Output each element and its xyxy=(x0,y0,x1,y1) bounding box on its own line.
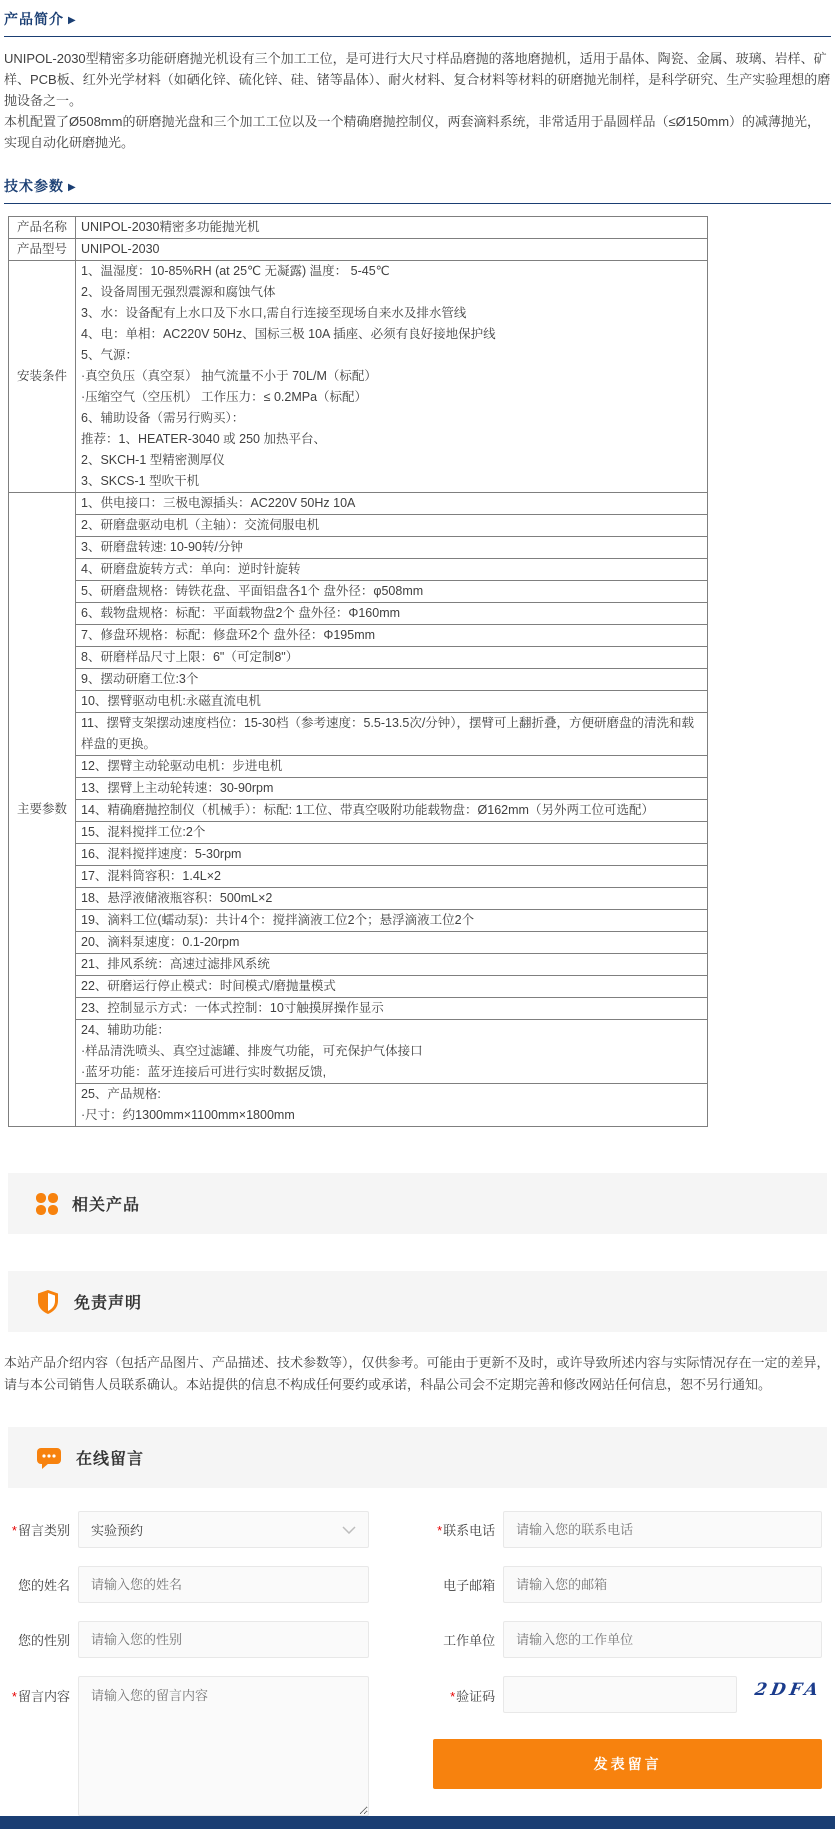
spec-line: 23、控制显示方式：一体式控制：10寸触摸屏操作显示 xyxy=(81,998,702,1019)
table-row: 10、摆臂驱动电机:永磁直流电机 xyxy=(9,691,708,713)
message-type-value: 实验预约 xyxy=(91,1520,143,1539)
spec-line: 13、摆臂上主动轮转速：30-90rpm xyxy=(81,778,702,799)
spec-line: 2、研磨盘驱动电机（主轴）：交流伺服电机 xyxy=(81,515,702,536)
disclaimer-section: 免责声明 xyxy=(8,1271,827,1332)
spec-value-cell: 20、滴料泵速度：0.1-20rpm xyxy=(76,932,708,954)
required-mark: * xyxy=(450,1689,455,1704)
spec-label-cell: 产品型号 xyxy=(9,239,76,261)
spec-line: 1、温湿度：10-85%RH (at 25℃ 无凝露) 温度： 5-45℃ xyxy=(81,261,702,282)
gender-input[interactable] xyxy=(78,1621,369,1658)
table-row: 25、产品规格:·尺寸：约1300mm×1100mm×1800mm xyxy=(9,1084,708,1127)
table-row: 产品型号UNIPOL-2030 xyxy=(9,239,708,261)
table-row: 11、摆臂支架摆动速度档位：15-30档（参考速度：5.5-13.5次/分钟），… xyxy=(9,713,708,756)
spec-value-cell: 14、精确磨抛控制仪（机械手）：标配: 1工位、带真空吸附功能载物盘：Ø162m… xyxy=(76,800,708,822)
spec-value-cell: UNIPOL-2030精密多功能抛光机 xyxy=(76,217,708,239)
spec-line: ·蓝牙功能：蓝牙连接后可进行实时数据反馈, xyxy=(81,1062,702,1083)
specs-table-body: 产品名称UNIPOL-2030精密多功能抛光机产品型号UNIPOL-2030安装… xyxy=(9,217,708,1127)
table-row: 17、混料筒容积：1.4L×2 xyxy=(9,866,708,888)
spec-value-cell: 18、悬浮液储液瓶容积：500mL×2 xyxy=(76,888,708,910)
disclaimer-text: 本站产品介绍内容（包括产品图片、产品描述、技术参数等），仅供参考。可能由于更新不… xyxy=(4,1352,831,1396)
spec-line: 25、产品规格: xyxy=(81,1084,702,1105)
play-arrow-icon: ▶ xyxy=(68,15,77,26)
spec-value-cell: 16、混料搅拌速度：5-30rpm xyxy=(76,844,708,866)
spec-line: 15、混料搅拌工位:2个 xyxy=(81,822,702,843)
table-row: 19、滴料工位(蠕动泵)：共计4个：搅拌滴液工位2个；悬浮滴液工位2个 xyxy=(9,910,708,932)
spec-line: 5、气源： xyxy=(81,345,702,366)
message-type-group: *留言类别 实验预约 xyxy=(8,1511,369,1548)
spec-line: 21、排风系统：高速过滤排风系统 xyxy=(81,954,702,975)
table-row: 20、滴料泵速度：0.1-20rpm xyxy=(9,932,708,954)
spec-line: 3、SKCS-1 型吹干机 xyxy=(81,471,702,492)
table-row: 13、摆臂上主动轮转速：30-90rpm xyxy=(9,778,708,800)
table-row: 7、修盘环规格：标配：修盘环2个 盘外径：Φ195mm xyxy=(9,625,708,647)
table-row: 主要参数1、供电接口：三极电源插头：AC220V 50Hz 10A xyxy=(9,493,708,515)
tech-params-header: 技术参数▶ xyxy=(4,167,831,204)
table-row: 24、辅助功能：·样品清洗喷头、真空过滤罐、排废气功能，可充保护气体接口·蓝牙功… xyxy=(9,1020,708,1084)
spec-value-cell: 22、研磨运行停止模式：时间模式/磨抛量模式 xyxy=(76,976,708,998)
spec-line: 3、研磨盘转速: 10-90转/分钟 xyxy=(81,537,702,558)
spec-value-cell: 10、摆臂驱动电机:永磁直流电机 xyxy=(76,691,708,713)
spec-value-cell: 4、研磨盘旋转方式：单向：逆时针旋转 xyxy=(76,559,708,581)
captcha-image[interactable]: 2DFA xyxy=(753,1680,823,1700)
spec-line: 22、研磨运行停止模式：时间模式/磨抛量模式 xyxy=(81,976,702,997)
spec-value-cell: 23、控制显示方式：一体式控制：10寸触摸屏操作显示 xyxy=(76,998,708,1020)
footer-bar xyxy=(0,1816,835,1829)
spec-line: 10、摆臂驱动电机:永磁直流电机 xyxy=(81,691,702,712)
table-row: 16、混料搅拌速度：5-30rpm xyxy=(9,844,708,866)
name-group: 您的姓名 xyxy=(8,1566,369,1603)
required-mark: * xyxy=(12,1689,17,1704)
email-input[interactable] xyxy=(503,1566,822,1603)
table-row: 21、排风系统：高速过滤排风系统 xyxy=(9,954,708,976)
captcha-input[interactable] xyxy=(503,1676,737,1713)
spec-line: 6、辅助设备（需另行购买）： xyxy=(81,408,702,429)
captcha-label: *验证码 xyxy=(433,1686,495,1705)
spec-line: 2、SKCH-1 型精密测厚仪 xyxy=(81,450,702,471)
spec-value-cell: 19、滴料工位(蠕动泵)：共计4个：搅拌滴液工位2个；悬浮滴液工位2个 xyxy=(76,910,708,932)
table-row: 15、混料搅拌工位:2个 xyxy=(9,822,708,844)
content-label: *留言内容 xyxy=(8,1686,70,1705)
gender-group: 您的性别 xyxy=(8,1621,369,1658)
spec-line: 9、摆动研磨工位:3个 xyxy=(81,669,702,690)
chat-bubble-icon xyxy=(36,1446,62,1470)
spec-line: 12、摆臂主动轮驱动电机：步进电机 xyxy=(81,756,702,777)
required-mark: * xyxy=(12,1523,17,1538)
name-input[interactable] xyxy=(78,1566,369,1603)
spec-value-cell: 9、摆动研磨工位:3个 xyxy=(76,669,708,691)
submit-message-button[interactable]: 发表留言 xyxy=(433,1739,822,1789)
company-input[interactable] xyxy=(503,1621,822,1658)
spec-line: ·尺寸：约1300mm×1100mm×1800mm xyxy=(81,1105,702,1126)
captcha-group: *验证码 2DFA xyxy=(433,1676,822,1713)
spec-line: ·样品清洗喷头、真空过滤罐、排废气功能，可充保护气体接口 xyxy=(81,1041,702,1062)
spec-label-cell: 安装条件 xyxy=(9,261,76,493)
required-mark: * xyxy=(437,1523,442,1538)
spec-value-cell: 24、辅助功能：·样品清洗喷头、真空过滤罐、排废气功能，可充保护气体接口·蓝牙功… xyxy=(76,1020,708,1084)
message-form: *留言类别 实验预约 *联系电话 您的姓名 电子邮箱 您的性别 工作单位 xyxy=(8,1511,822,1816)
spec-value-cell: 21、排风系统：高速过滤排风系统 xyxy=(76,954,708,976)
captcha-and-submit: *验证码 2DFA 发表留言 xyxy=(433,1676,822,1816)
spec-value-cell: 2、研磨盘驱动电机（主轴）：交流伺服电机 xyxy=(76,515,708,537)
email-label: 电子邮箱 xyxy=(433,1575,495,1594)
spec-line: 4、电：单相：AC220V 50Hz、国标三极 10A 插座、必须有良好接地保护… xyxy=(81,324,702,345)
product-intro-title: 产品简介 xyxy=(4,11,64,27)
spec-line: 5、研磨盘规格：铸铁花盘、平面铝盘各1个 盘外径：φ508mm xyxy=(81,581,702,602)
spec-value-cell: 17、混料筒容积：1.4L×2 xyxy=(76,866,708,888)
spec-value-cell: 8、研磨样品尺寸上限：6"（可定制8"） xyxy=(76,647,708,669)
spec-value-cell: UNIPOL-2030 xyxy=(76,239,708,261)
spec-value-cell: 3、研磨盘转速: 10-90转/分钟 xyxy=(76,537,708,559)
spec-value-cell: 13、摆臂上主动轮转速：30-90rpm xyxy=(76,778,708,800)
spec-value-cell: 25、产品规格:·尺寸：约1300mm×1100mm×1800mm xyxy=(76,1084,708,1127)
specs-table: 产品名称UNIPOL-2030精密多功能抛光机产品型号UNIPOL-2030安装… xyxy=(8,216,708,1127)
tech-params-title: 技术参数 xyxy=(4,178,64,194)
phone-input[interactable] xyxy=(503,1511,822,1548)
company-label: 工作单位 xyxy=(433,1630,495,1649)
spec-line: 7、修盘环规格：标配：修盘环2个 盘外径：Φ195mm xyxy=(81,625,702,646)
spec-value-cell: 7、修盘环规格：标配：修盘环2个 盘外径：Φ195mm xyxy=(76,625,708,647)
spec-line: 14、精确磨抛控制仪（机械手）：标配: 1工位、带真空吸附功能载物盘：Ø162m… xyxy=(81,800,702,821)
table-row: 6、载物盘规格：标配：平面载物盘2个 盘外径：Φ160mm xyxy=(9,603,708,625)
related-products-icon xyxy=(36,1193,58,1215)
table-row: 5、研磨盘规格：铸铁花盘、平面铝盘各1个 盘外径：φ508mm xyxy=(9,581,708,603)
content-textarea[interactable] xyxy=(78,1676,369,1816)
play-arrow-icon: ▶ xyxy=(68,182,77,193)
online-message-title: 在线留言 xyxy=(76,1446,144,1469)
spec-line: 19、滴料工位(蠕动泵)：共计4个：搅拌滴液工位2个；悬浮滴液工位2个 xyxy=(81,910,702,931)
table-row: 3、研磨盘转速: 10-90转/分钟 xyxy=(9,537,708,559)
spec-line: 1、供电接口：三极电源插头：AC220V 50Hz 10A xyxy=(81,493,702,514)
content-group: *留言内容 xyxy=(8,1676,369,1816)
spec-line: 24、辅助功能： xyxy=(81,1020,702,1041)
table-row: 2、研磨盘驱动电机（主轴）：交流伺服电机 xyxy=(9,515,708,537)
table-row: 14、精确磨抛控制仪（机械手）：标配: 1工位、带真空吸附功能载物盘：Ø162m… xyxy=(9,800,708,822)
spec-line: 6、载物盘规格：标配：平面载物盘2个 盘外径：Φ160mm xyxy=(81,603,702,624)
online-message-section: 在线留言 xyxy=(8,1427,827,1488)
spec-line: 17、混料筒容积：1.4L×2 xyxy=(81,866,702,887)
product-intro-header: 产品简介▶ xyxy=(4,0,831,37)
spec-value-cell: 11、摆臂支架摆动速度档位：15-30档（参考速度：5.5-13.5次/分钟），… xyxy=(76,713,708,756)
spec-line: 推荐：1、HEATER-3040 或 250 加热平台、 xyxy=(81,429,702,450)
chevron-down-icon xyxy=(342,1526,356,1534)
intro-paragraph-2: 本机配置了Ø508mm的研磨抛光盘和三个加工工位以及一个精确磨抛控制仪，两套滴料… xyxy=(4,111,831,153)
table-row: 9、摆动研磨工位:3个 xyxy=(9,669,708,691)
table-row: 12、摆臂主动轮驱动电机：步进电机 xyxy=(9,756,708,778)
name-label: 您的姓名 xyxy=(8,1575,70,1594)
spec-line: 4、研磨盘旋转方式：单向：逆时针旋转 xyxy=(81,559,702,580)
spec-line: 18、悬浮液储液瓶容积：500mL×2 xyxy=(81,888,702,909)
spec-line: 16、混料搅拌速度：5-30rpm xyxy=(81,844,702,865)
gender-label: 您的性别 xyxy=(8,1630,70,1649)
spec-line: 2、设备周围无强烈震源和腐蚀气体 xyxy=(81,282,702,303)
spec-line: 11、摆臂支架摆动速度档位：15-30档（参考速度：5.5-13.5次/分钟），… xyxy=(81,713,702,755)
spec-value-cell: 1、温湿度：10-85%RH (at 25℃ 无凝露) 温度： 5-45℃2、设… xyxy=(76,261,708,493)
spec-value-cell: 6、载物盘规格：标配：平面载物盘2个 盘外径：Φ160mm xyxy=(76,603,708,625)
related-products-section: 相关产品 xyxy=(8,1173,827,1234)
spec-value-cell: 5、研磨盘规格：铸铁花盘、平面铝盘各1个 盘外径：φ508mm xyxy=(76,581,708,603)
spec-line: 3、水：设备配有上水口及下水口,需自行连接至现场自来水及排水管线 xyxy=(81,303,702,324)
table-row: 23、控制显示方式：一体式控制：10寸触摸屏操作显示 xyxy=(9,998,708,1020)
table-row: 8、研磨样品尺寸上限：6"（可定制8"） xyxy=(9,647,708,669)
spec-label-cell: 主要参数 xyxy=(9,493,76,1127)
spec-line: ·压缩空气（空压机） 工作压力：≤ 0.2MPa（标配） xyxy=(81,387,702,408)
spec-label-cell: 产品名称 xyxy=(9,217,76,239)
table-row: 18、悬浮液储液瓶容积：500mL×2 xyxy=(9,888,708,910)
spec-line: 8、研磨样品尺寸上限：6"（可定制8"） xyxy=(81,647,702,668)
table-row: 产品名称UNIPOL-2030精密多功能抛光机 xyxy=(9,217,708,239)
product-detail-page: 产品简介▶ UNIPOL-2030型精密多功能研磨抛光机设有三个加工工位，是可进… xyxy=(0,0,835,1829)
phone-group: *联系电话 xyxy=(433,1511,822,1548)
shield-icon xyxy=(36,1289,60,1315)
disclaimer-title: 免责声明 xyxy=(74,1290,142,1313)
spec-line: ·真空负压（真空泵） 抽气流量不小于 70L/M（标配） xyxy=(81,366,702,387)
spec-value-cell: 15、混料搅拌工位:2个 xyxy=(76,822,708,844)
table-row: 4、研磨盘旋转方式：单向：逆时针旋转 xyxy=(9,559,708,581)
phone-label: *联系电话 xyxy=(433,1520,495,1539)
message-type-label: *留言类别 xyxy=(8,1520,70,1539)
intro-paragraph-1: UNIPOL-2030型精密多功能研磨抛光机设有三个加工工位，是可进行大尺寸样品… xyxy=(4,48,831,111)
related-products-title: 相关产品 xyxy=(72,1192,140,1215)
spec-value-cell: 12、摆臂主动轮驱动电机：步进电机 xyxy=(76,756,708,778)
table-row: 22、研磨运行停止模式：时间模式/磨抛量模式 xyxy=(9,976,708,998)
table-row: 安装条件1、温湿度：10-85%RH (at 25℃ 无凝露) 温度： 5-45… xyxy=(9,261,708,493)
email-group: 电子邮箱 xyxy=(433,1566,822,1603)
message-type-select[interactable]: 实验预约 xyxy=(78,1511,369,1548)
company-group: 工作单位 xyxy=(433,1621,822,1658)
spec-value-cell: 1、供电接口：三极电源插头：AC220V 50Hz 10A xyxy=(76,493,708,515)
spec-line: 20、滴料泵速度：0.1-20rpm xyxy=(81,932,702,953)
